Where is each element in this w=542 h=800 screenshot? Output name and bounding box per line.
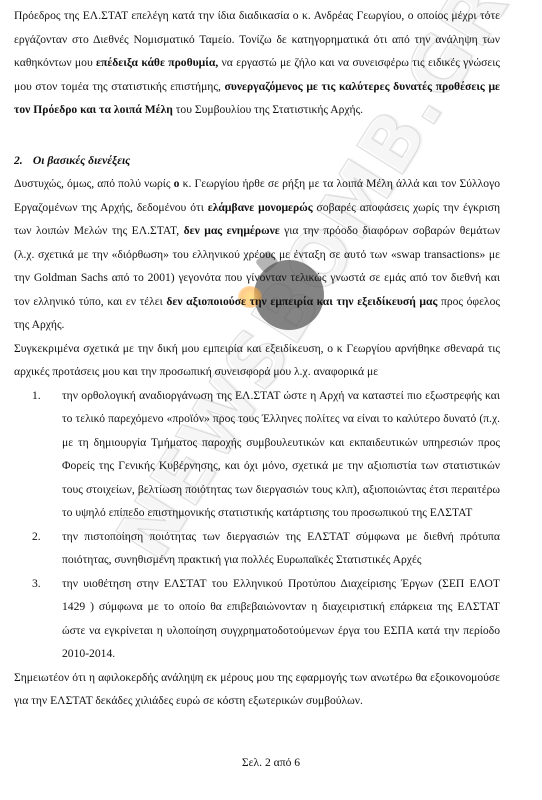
list-marker: 2. (32, 525, 41, 549)
document-page: NEWSBOMB.GR Πρόεδρος της ΕΛ.ΣΤΑΤ επελέγη… (0, 0, 542, 800)
list-item-text: την ορθολογική αναδιοργάνωση της ΕΛ.ΣΤΑΤ… (62, 389, 500, 520)
list-item-text: την υιοθέτηση στην ΕΛΣΤΑΤ του Ελληνικού … (62, 577, 500, 661)
section-heading: 2. Οι βασικές διενέξεις (14, 149, 500, 173)
paragraph-specifics: Συγκεκριμένα σχετικά με την δική μου εμπ… (14, 337, 500, 384)
document-body: Πρόεδρος της ΕΛ.ΣΤΑΤ επελέγη κατά την ίδ… (14, 4, 500, 713)
list-item: 1. την ορθολογική αναδιοργάνωση της ΕΛ.Σ… (14, 384, 500, 525)
proposals-list: 1. την ορθολογική αναδιοργάνωση της ΕΛ.Σ… (14, 384, 500, 666)
section-title: Οι βασικές διενέξεις (33, 154, 130, 167)
paragraph-conflicts: Δυστυχώς, όμως, από πολύ νωρίς ο κ. Γεωρ… (14, 172, 500, 337)
paragraph-intro: Πρόεδρος της ΕΛ.ΣΤΑΤ επελέγη κατά την ίδ… (14, 4, 500, 122)
list-item: 2. την πιστοποίηση ποιότητας των διεργασ… (14, 525, 500, 572)
list-item: 3. την υιοθέτηση στην ΕΛΣΤΑΤ του Ελληνικ… (14, 572, 500, 666)
list-marker: 1. (32, 384, 41, 408)
section-number: 2. (14, 149, 30, 173)
list-item-text: την πιστοποίηση ποιότητας των διεργασιών… (62, 530, 500, 567)
paragraph-savings: Σημειωτέον ότι η αφιλοκερδής ανάληψη εκ … (14, 666, 500, 713)
page-number: Σελ. 2 από 6 (0, 756, 542, 769)
list-marker: 3. (32, 572, 41, 596)
spacer (14, 122, 500, 136)
